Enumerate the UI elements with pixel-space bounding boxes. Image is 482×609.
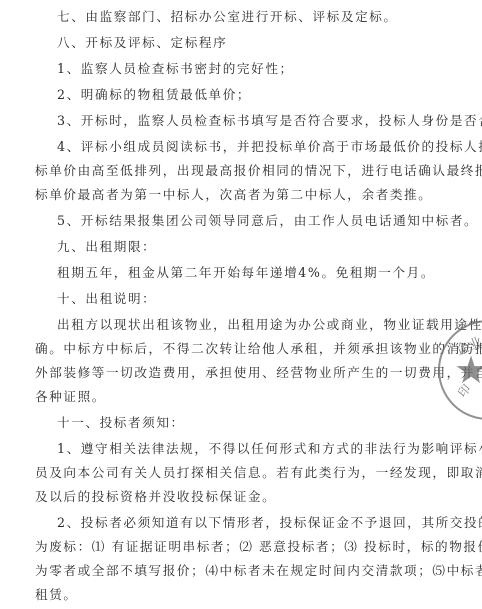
section-11-item-1-line-1: 1、遵守相关法律法规，不得以任何形式和方式的非法行为影响评标小组成	[57, 439, 427, 459]
section-8-item-5: 5、开标结果报集团公司领导同意后，由工作人员电话通知中标者。	[57, 211, 427, 231]
section-10-heading: 十、出租说明：	[57, 289, 427, 309]
section-7-heading: 七、由监察部门、招标办公室进行开标、评标及定标。	[57, 7, 427, 27]
section-10-body-line-2: 确。中标方中标后，不得二次转让给他人承租，并须承担该物业的消防报建、内	[35, 339, 427, 359]
section-11-item-2-line-2: 为废标：⑴ 有证据证明串标者；⑵ 恶意投标者；⑶ 投标时，标的物报价全部	[35, 537, 427, 557]
section-11-item-2-line-3: 为零者或全部不填写报价；⑷中标者未在规定时间内交清款项；⑸中标者反悔不	[35, 561, 427, 581]
section-8-item-4-line-1: 4、评标小组成员阅读标书，并把投标单价高于市场最低价的投标人按其投	[57, 137, 427, 157]
section-11-item-1-line-3: 及以后的投标资格并没收投标保证金。	[35, 487, 427, 507]
section-8-item-3: 3、开标时，监察人员检查标书填写是否符合要求，投标人身份是否合格；	[57, 111, 427, 131]
section-10-body-line-4: 各种证照。	[35, 387, 427, 407]
section-8-heading: 八、开标及评标、定标程序	[57, 33, 427, 53]
section-8-item-1: 1、监察人员检查标书密封的完好性；	[57, 59, 427, 79]
section-10-body-line-1: 出租方以现状出租该物业，出租用途为办公或商业，物业证载用途性质未明	[57, 315, 427, 335]
section-8-item-2: 2、明确标的物租赁最低单价；	[57, 85, 427, 105]
section-11-heading: 十一、投标者须知：	[57, 413, 427, 433]
section-9-body: 租期五年，租金从第二年开始每年递增4%。免租期一个月。	[57, 263, 427, 283]
section-11-item-1-line-2: 员及向本公司有关人员打探相关信息。若有此类行为，一经发现，即取消其当次	[35, 463, 427, 483]
section-8-item-4-line-3: 标单价最高者为第一中标人，次高者为第二中标人，余者类推。	[35, 185, 427, 205]
section-9-heading: 九、出租期限：	[57, 237, 427, 257]
section-11-item-2-line-1: 2、投标者必须知道有以下情形者，投标保证金不予退回，其所交投的标书	[57, 513, 427, 533]
section-10-body-line-3: 外部装修等一切改造费用，承担使用、经营物业所产生的一切费用，并自行办理	[35, 363, 427, 383]
document-page: 七、由监察部门、招标办公室进行开标、评标及定标。 八、开标及评标、定标程序 1、…	[0, 0, 482, 609]
section-8-item-4-line-2: 标单价由高至低排列，出现最高报价相同的情况下，进行电话确认最终报价，投	[35, 161, 427, 181]
section-11-item-2-line-4: 租赁。	[35, 585, 427, 605]
